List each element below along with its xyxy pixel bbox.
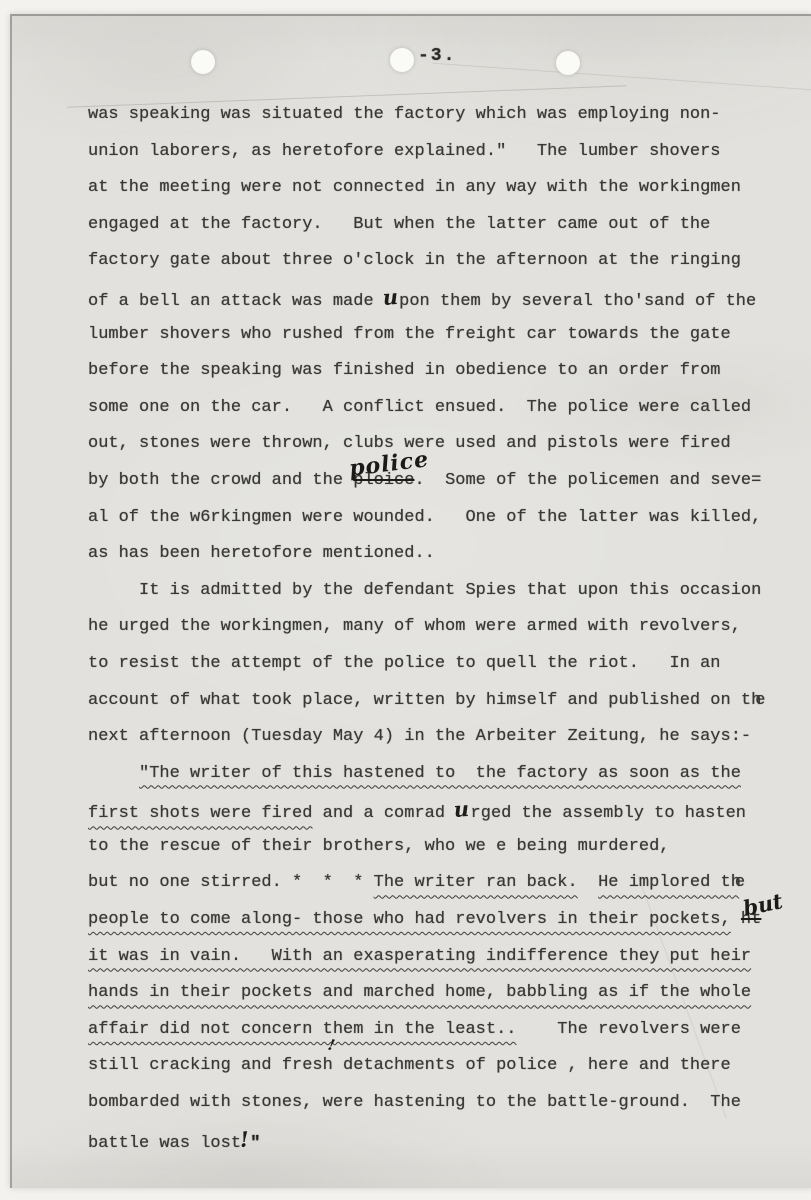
typed-text: union laborers, as heretofore explained.… <box>88 134 721 171</box>
typed-text: engaged at the factory. But when the lat… <box>88 207 710 244</box>
document-text: was speaking was situated the factory wh… <box>88 97 788 1158</box>
text-line: people to come along- those who had revo… <box>88 902 788 939</box>
typed-text <box>578 865 598 902</box>
typed-text: " <box>250 1126 260 1163</box>
text-line: hands in their pockets and marched home,… <box>88 975 788 1012</box>
typed-text: The writer ran back. <box>374 865 578 902</box>
text-line: it was in vain. With an exasperating ind… <box>88 939 788 976</box>
typed-text: still cracking and fresh detachments of … <box>88 1048 731 1085</box>
typed-text: affair did not concern them in the least… <box>88 1012 516 1049</box>
text-line: before the speaking was finished in obed… <box>88 353 788 390</box>
punch-hole-right <box>556 51 580 75</box>
typed-text <box>88 756 139 793</box>
text-line: some one on the car. A conflict ensued. … <box>88 390 788 427</box>
typed-text: people to come along- those who had revo… <box>88 902 731 939</box>
text-line: "The writer of this hastened to the fact… <box>88 756 788 793</box>
text-line: affair did not concern them in the least… <box>88 1012 788 1049</box>
typed-text: first shots were fired <box>88 796 312 833</box>
text-line: union laborers, as heretofore explained.… <box>88 134 788 171</box>
text-line: battle was lost!" <box>88 1122 788 1159</box>
typed-text: to resist the attempt of the police to q… <box>88 646 721 683</box>
text-line: at the meeting were not connected in any… <box>88 170 788 207</box>
typed-text: account of what took place, written by h… <box>88 683 751 720</box>
text-line: as has been heretofore mentioned.. <box>88 536 788 573</box>
typed-text: hands in their pockets and marched home,… <box>88 975 751 1012</box>
typed-text: . Some of the policemen and seve= <box>414 463 761 500</box>
typed-text: of a bell an attack was made <box>88 284 384 321</box>
typed-text: at the meeting were not connected in any… <box>88 170 741 207</box>
handwritten-u-insertion: u <box>381 279 399 317</box>
text-line: account of what took place, written by h… <box>88 683 788 720</box>
text-line: to the rescue of their brothers, who we … <box>88 829 788 866</box>
typed-text: but no one stirred. * * * <box>88 865 374 902</box>
text-line: It is admitted by the defendant Spies th… <box>88 573 788 610</box>
punch-hole-left <box>191 50 215 74</box>
typed-text: The revolvers were <box>516 1012 740 1049</box>
text-line: out, stones were thrown, clubs were used… <box>88 426 788 463</box>
typed-text: next afternoon (Tuesday May 4) in the Ar… <box>88 719 751 756</box>
typed-text: It is admitted by the defendant Spies th… <box>88 573 761 610</box>
text-line: first shots were fired and a comrad urge… <box>88 792 788 829</box>
typed-text: he <box>751 683 759 720</box>
typed-text: al of the w6rkingmen were wounded. One o… <box>88 500 761 537</box>
text-line: factory gate about three o'clock in the … <box>88 243 788 280</box>
typed-text: it was in vain. With an exasperating ind… <box>88 939 751 976</box>
typed-text: by both the crowd and the <box>88 463 353 500</box>
struck-word-ht: htbut <box>741 902 761 939</box>
handwritten-but-correction: but <box>741 890 784 919</box>
page-number: -3. <box>418 46 456 66</box>
typed-text: "The writer of this hastened to the fact… <box>139 756 741 793</box>
typed-text: battle was lost <box>88 1126 241 1163</box>
text-line: lumber shovers who rushed from the freig… <box>88 317 788 354</box>
scanned-document-screenshot: { "page": { "number_label": "-3.", "pape… <box>0 0 811 1200</box>
text-line: engaged at the factory. But when the lat… <box>88 207 788 244</box>
typed-text: he <box>731 865 739 902</box>
typed-text <box>731 902 741 939</box>
handwritten-u-overwrite: u <box>453 791 471 829</box>
typed-text: factory gate about three o'clock in the … <box>88 243 741 280</box>
typed-text: was speaking was situated the factory wh… <box>88 97 721 134</box>
typed-text: as has been heretofore mentioned.. <box>88 536 435 573</box>
text-line: bombarded with stones, were hastening to… <box>88 1085 788 1122</box>
typed-text: some one on the car. A conflict ensued. … <box>88 390 751 427</box>
typed-text: lumber shovers who rushed from the freig… <box>88 317 731 354</box>
typed-text: and a comrad <box>312 796 455 833</box>
text-line: to resist the attempt of the police to q… <box>88 646 788 683</box>
typed-text: before the speaking was finished in obed… <box>88 353 721 390</box>
text-line: by both the crowd and the ploicepolice. … <box>88 463 788 500</box>
text-line: of a bell an attack was made upon them b… <box>88 280 788 317</box>
text-line: was speaking was situated the factory wh… <box>88 97 788 134</box>
typed-text: pon them by several tho'sand of the <box>399 284 756 321</box>
typed-text: he urged the workingmen, many of whom we… <box>88 609 741 646</box>
text-line: al of the w6rkingmen were wounded. One o… <box>88 500 788 537</box>
text-line: but no one stirred. * * * The writer ran… <box>88 865 788 902</box>
typed-text: He implored t <box>598 865 731 902</box>
text-line: he urged the workingmen, many of whom we… <box>88 609 788 646</box>
punch-hole-center <box>390 48 414 72</box>
text-line: next afternoon (Tuesday May 4) in the Ar… <box>88 719 788 756</box>
text-line: still cracking and fresh detachments of … <box>88 1048 788 1085</box>
struck-word-ploice: ploicepolice <box>353 463 414 500</box>
typed-text: bombarded with stones, were hastening to… <box>88 1085 741 1122</box>
typed-text: rged the assembly to hasten <box>471 796 746 833</box>
typed-text: to the rescue of their brothers, who we … <box>88 829 670 866</box>
handwritten-exclamation: ! <box>238 1121 250 1158</box>
